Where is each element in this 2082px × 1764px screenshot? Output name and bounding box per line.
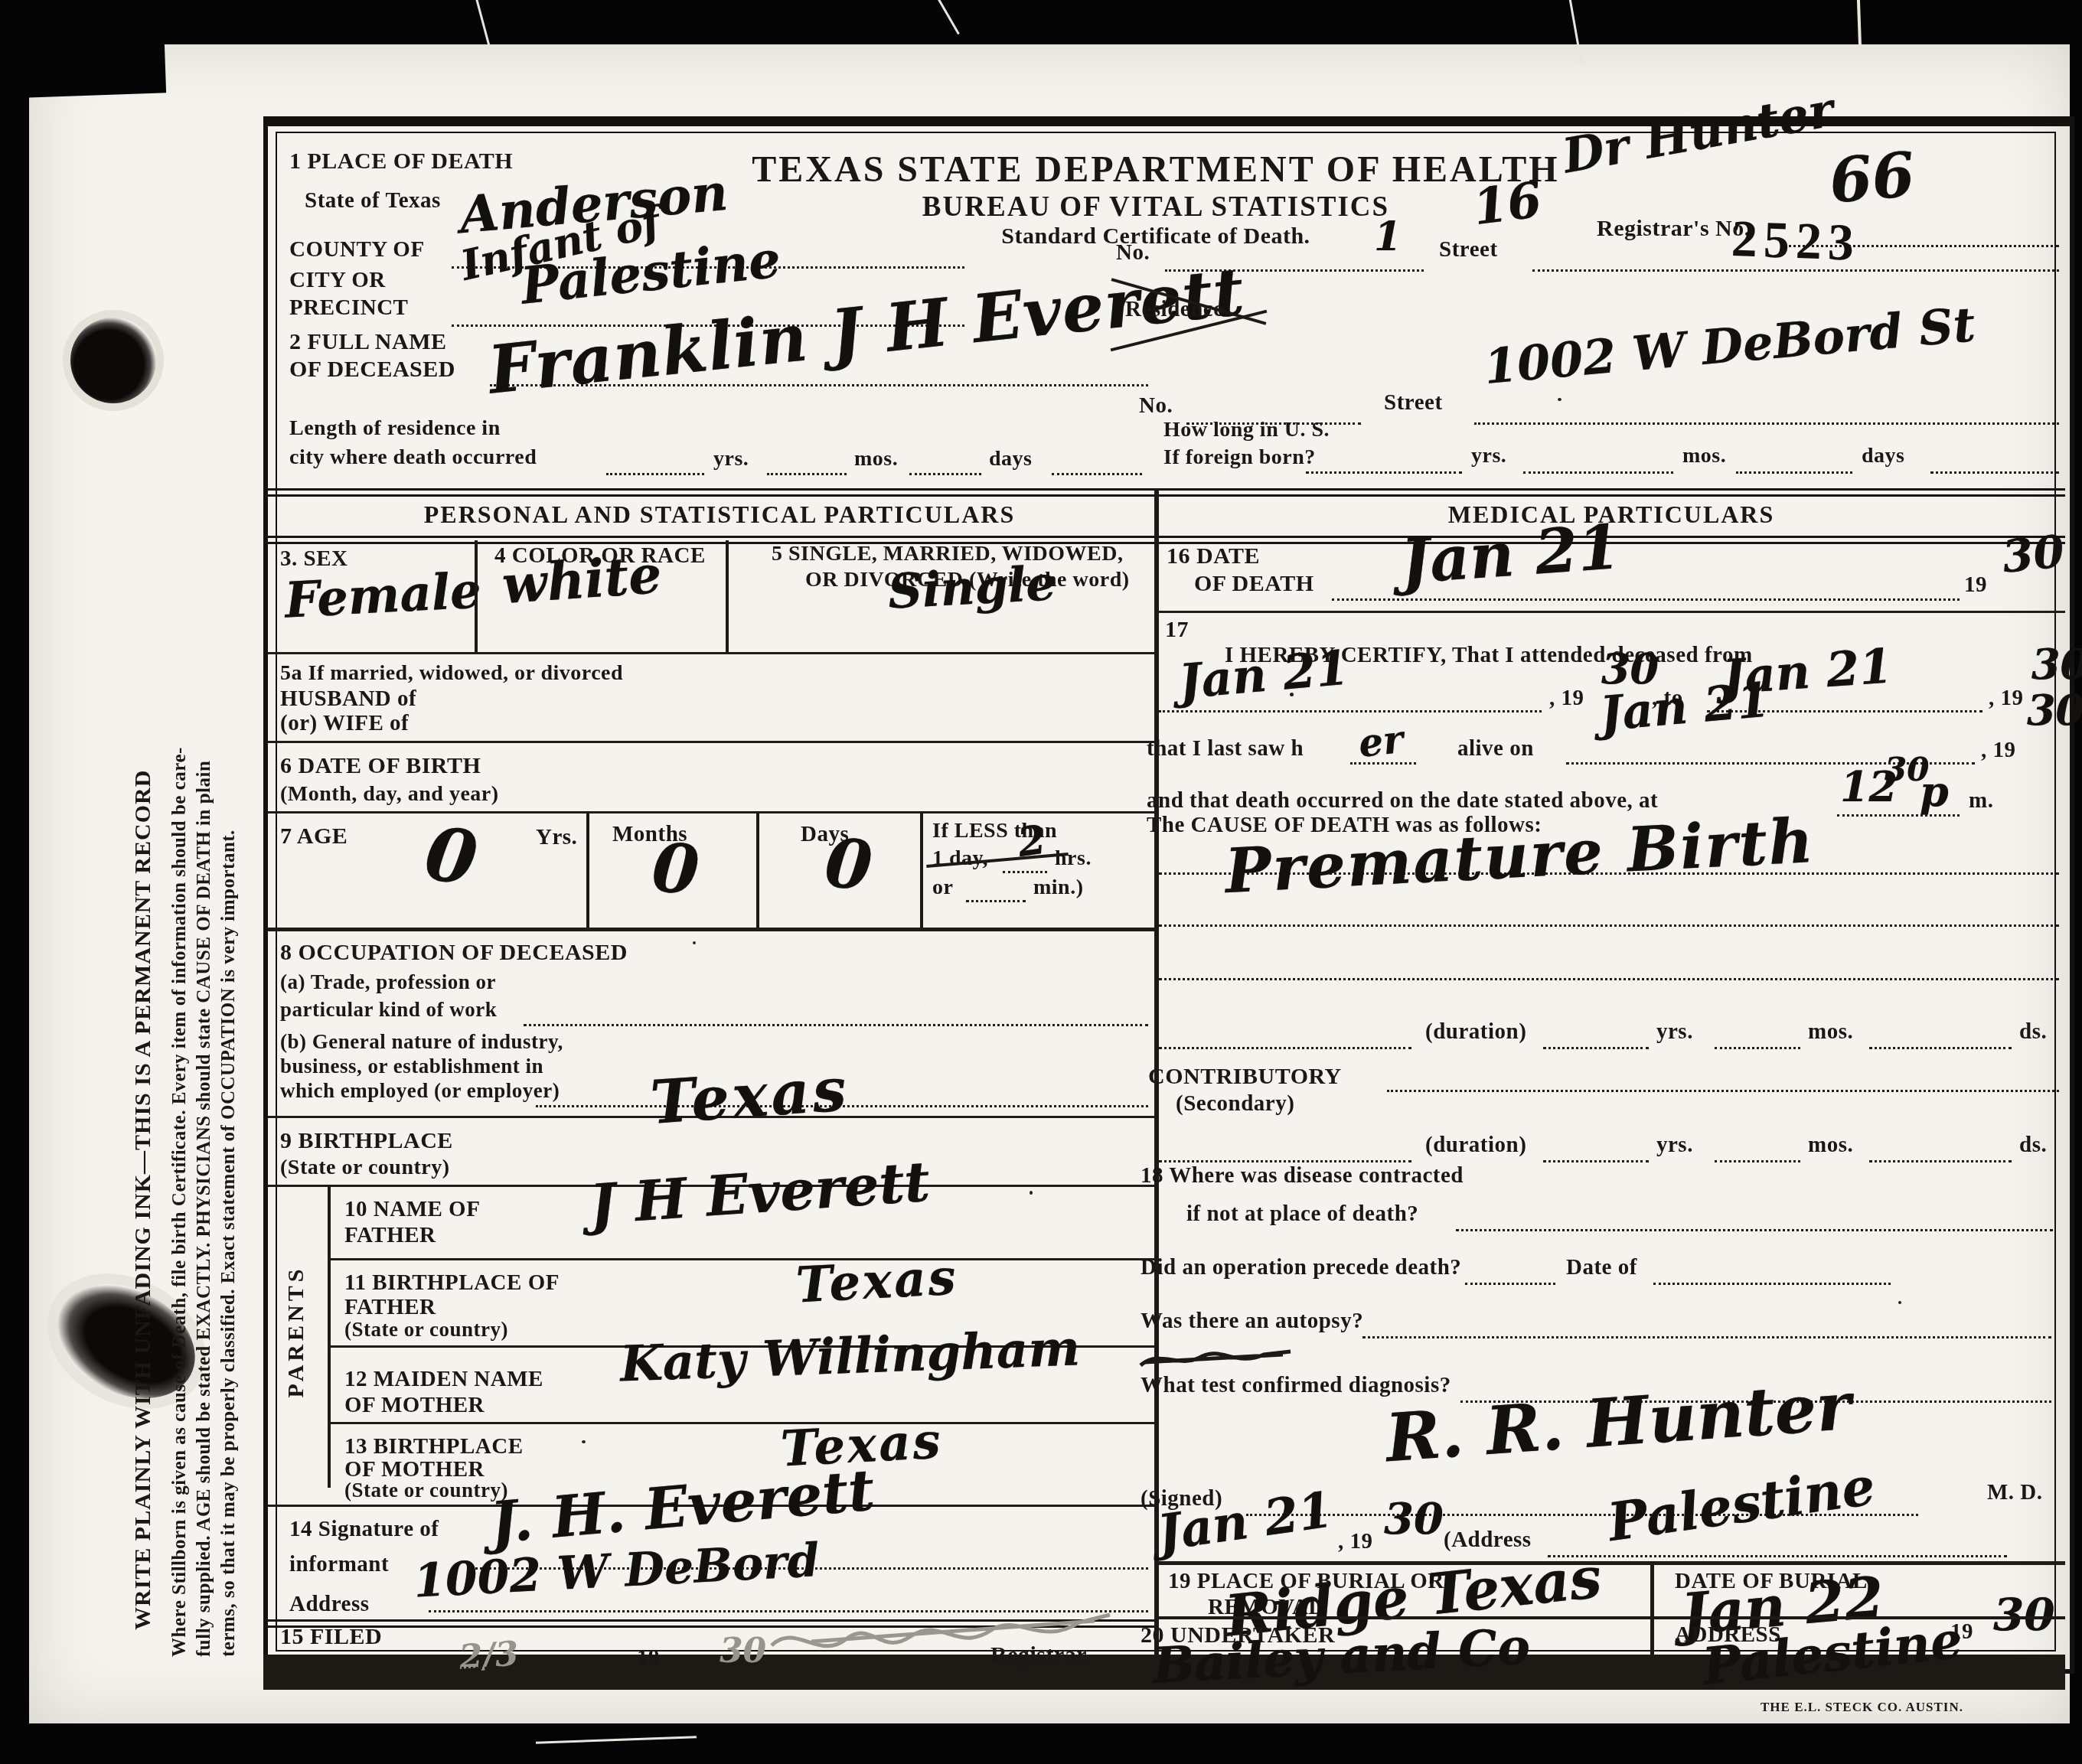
certify-to-year-value: 30: [2031, 647, 2082, 683]
us-mos-label: mos.: [1682, 445, 1726, 468]
undertaker-top-line-left: [1159, 1616, 1652, 1619]
father-name-label-1: 10 NAME OF: [344, 1198, 480, 1221]
saw-label-1: that I last saw h: [1147, 738, 1304, 761]
state-of-texas-label: State of Texas: [305, 190, 441, 213]
duration2-line: [1869, 1160, 2012, 1162]
duration-label: (duration): [1425, 1021, 1526, 1044]
duration-line: [1159, 1047, 1411, 1049]
saw-year-prefix: , 19: [1981, 739, 2016, 762]
md-label: M. D.: [1987, 1482, 2043, 1505]
autopsy-label: Was there an autopsy?: [1141, 1310, 1363, 1333]
stray-pen-mark: 1: [1374, 220, 1402, 254]
occupation-b2: business, or establishment in: [280, 1056, 543, 1078]
scan-band-top: [0, 0, 2082, 44]
cell-divider: [726, 540, 729, 652]
age-label: 7 AGE: [280, 825, 348, 849]
filed-line: [429, 1667, 620, 1669]
father-bp-label-3: (State or country): [344, 1319, 508, 1341]
duration2-ds: ds.: [2019, 1134, 2047, 1157]
scan-band-bottom: [0, 1723, 2082, 1764]
item5a-label-2: HUSBAND of: [280, 688, 416, 711]
informant-label-2: informant: [289, 1554, 389, 1577]
mother-bp-label-3: (State or country): [344, 1480, 508, 1502]
personal-title: PERSONAL AND STATISTICAL PARTICULARS: [283, 502, 1156, 527]
mother-maiden-label-2: OF MOTHER: [344, 1394, 485, 1417]
saw-label-2: alive on: [1457, 738, 1534, 761]
len-line: [606, 473, 704, 475]
dob-label-1: 6 DATE OF BIRTH: [280, 755, 481, 778]
length-res-label-2: city where death occurred: [289, 447, 537, 469]
bureau-title: BUREAU OF VITAL STATISTICS: [796, 193, 1516, 222]
row-line: [329, 1258, 1154, 1260]
city-label-1: CITY OR: [289, 269, 386, 292]
mother-bp-label-1: 13 BIRTHPLACE: [344, 1436, 524, 1459]
date-of-line: [1653, 1283, 1891, 1285]
occupation-b1: (b) General nature of industry,: [280, 1032, 563, 1053]
length-res-label-1: Length of residence in: [289, 418, 501, 440]
pen-scrawl-16: 16: [1471, 180, 1544, 230]
occupation-a1: (a) Trade, profession or: [280, 972, 496, 993]
birthplace-value: Texas: [649, 1065, 851, 1129]
city-label-2: PRECINCT: [289, 297, 408, 320]
dob-label-2: (Month, day, and year): [280, 784, 499, 806]
mother-maiden-label-1: 12 MAIDEN NAME: [344, 1368, 543, 1391]
marital-value: Single: [887, 563, 1057, 612]
row-line: [1159, 1561, 2065, 1565]
occupation-b3: which employed (or employer): [280, 1081, 560, 1102]
residence-street-label: Street: [1384, 392, 1443, 415]
certify-from-year-prefix: , 19: [1549, 687, 1584, 710]
duration-line: [1869, 1047, 2012, 1049]
dod-year-prefix: 19: [1964, 574, 1987, 597]
row-line: [268, 652, 1154, 654]
sex-value: Female: [284, 570, 482, 622]
certify-from-value: Jan 21: [1177, 647, 1350, 703]
residence-street-line: [1474, 422, 2059, 425]
dod-label-1: 16 DATE: [1167, 545, 1260, 569]
item5a-label-3: (or) WIFE of: [280, 712, 409, 735]
age-days-value: 0: [823, 833, 875, 895]
duration-ds: ds.: [2019, 1021, 2047, 1044]
standard-title: Standard Certificate of Death.: [796, 225, 1516, 249]
us-label-1: How long in U. S.: [1163, 419, 1330, 442]
duration-mos: mos.: [1808, 1021, 1853, 1044]
race-value: white: [501, 553, 663, 608]
full-name-label-1: 2 FULL NAME: [289, 331, 447, 354]
row-line: [268, 928, 1154, 931]
q18-label-1: 18 Where was disease contracted: [1141, 1165, 1464, 1188]
dod-value: Jan 21: [1399, 520, 1622, 588]
us-line: [1736, 471, 1852, 474]
len-mos-label: mos.: [854, 448, 898, 471]
margin-instruction-line2: Where Stillborn is given as cause of Dea…: [170, 210, 190, 1657]
duration-yrs: yrs.: [1656, 1021, 1693, 1044]
occurred-label: and that death occurred on the date stat…: [1147, 790, 1658, 813]
father-bp-label-2: FATHER: [344, 1296, 436, 1319]
duration2-line: [1715, 1160, 1800, 1162]
len-line: [767, 473, 847, 475]
len-line: [1052, 473, 1142, 475]
us-line: [1523, 471, 1673, 474]
pod-no-label: No.: [1116, 242, 1150, 265]
q18-label-2: if not at place of death?: [1186, 1203, 1418, 1226]
row-line: [329, 1422, 1154, 1424]
duration2-line: [1159, 1160, 1411, 1162]
dept-title: TEXAS STATE DEPARTMENT OF HEALTH: [720, 152, 1592, 189]
cell-divider: [475, 540, 478, 652]
duration2-mos: mos.: [1808, 1134, 1853, 1157]
contributory-label-2: (Secondary): [1176, 1093, 1294, 1116]
birthplace-label-2: (State or country): [280, 1157, 450, 1179]
us-line: [1930, 471, 2059, 474]
full-name-label-2: OF DECEASED: [289, 358, 455, 382]
age-hrs-label: hrs.: [1055, 848, 1092, 870]
duration-line: [1715, 1047, 1800, 1049]
cause-line-2: [1159, 924, 2059, 927]
us-days-label: days: [1862, 445, 1904, 468]
age-min-label: min.): [1033, 877, 1084, 899]
county-label: COUNTY OF: [289, 239, 425, 262]
birthplace-label-1: 9 BIRTHPLACE: [280, 1130, 453, 1153]
row-line: [268, 811, 1154, 814]
operation-label: Did an operation precede death?: [1141, 1257, 1461, 1280]
saw-value: Jan 21: [1598, 680, 1771, 735]
dod-label-2: OF DEATH: [1194, 572, 1314, 596]
certify-to-year-prefix: , 19: [1989, 687, 2024, 710]
certify-number: 17: [1165, 618, 1189, 642]
signed-address-label: (Address: [1444, 1529, 1532, 1552]
age-less-label-3: or: [932, 877, 953, 899]
certificate-stamp-number: 2523: [1731, 212, 1861, 269]
len-line: [909, 473, 981, 475]
residence-label: Residence: [1125, 298, 1224, 321]
section-rule: [263, 488, 2065, 497]
occupation-a2: particular kind of work: [280, 999, 497, 1021]
pod-street-line: [1532, 269, 2059, 272]
filed-date-value: 2/3: [458, 1634, 520, 1677]
q18-line: [1456, 1229, 2053, 1231]
margin-instruction-bold: WRITE PLAINLY WITH UNFADING INK—THIS IS …: [132, 253, 155, 1630]
us-label-2: If foreign born?: [1163, 447, 1316, 469]
burial-year-value: 30: [1993, 1596, 2055, 1634]
mother-maiden-value: Katy Willingham: [619, 1329, 1081, 1386]
informant-label-1: 14 Signature of: [289, 1518, 439, 1541]
signed-year-prefix: , 19: [1338, 1531, 1373, 1554]
autopsy-line: [1362, 1336, 2051, 1338]
row-line: [1159, 611, 2065, 613]
scan-band-left: [0, 0, 29, 1764]
len-yrs-label: yrs.: [713, 448, 749, 471]
contributory-label-1: CONTRIBUTORY: [1148, 1065, 1342, 1089]
age-yrs-label: Yrs.: [536, 827, 577, 849]
scanned-death-certificate: WRITE PLAINLY WITH UNFADING INK—THIS IS …: [0, 0, 2082, 1764]
duration2-line: [1543, 1160, 1649, 1162]
saw-her-value: er: [1357, 723, 1405, 760]
dod-year-value: 30: [2001, 533, 2066, 576]
sex-label: 3. SEX: [280, 548, 348, 571]
pod-street-label: Street: [1439, 239, 1498, 262]
test-label: What test confirmed diagnosis?: [1141, 1374, 1451, 1397]
occurred-line: [1837, 814, 1960, 817]
parents-side-label: PARENTS: [285, 1194, 308, 1469]
margin-instruction-line4: terms, so that it may be properly classi…: [219, 210, 239, 1657]
hrs-line: [1003, 871, 1047, 873]
father-bp-label-1: 11 BIRTHPLACE OF: [344, 1272, 560, 1295]
informant-address-label: Address: [289, 1593, 370, 1616]
father-name-label-2: FATHER: [344, 1224, 436, 1247]
filed-label: 15 FILED: [280, 1625, 382, 1649]
age-yrs-value: 0: [422, 822, 481, 891]
row-line: [268, 741, 1154, 743]
certify-from-line: [1159, 710, 1542, 712]
us-line: [1306, 471, 1462, 474]
cause-line-3: [1159, 978, 2059, 980]
pen-scribble: [1137, 1344, 1298, 1374]
signed-year-value: 30: [1384, 1502, 1444, 1538]
dod-line: [1332, 598, 1960, 601]
duration2-label: (duration): [1425, 1134, 1526, 1157]
age-hrs-value: 2: [1016, 823, 1048, 861]
printer-credit: THE E.L. STECK CO. AUSTIN.: [1761, 1700, 1963, 1713]
item5a-label-1: 5a If married, widowed, or divorced: [280, 663, 623, 685]
saw-year-value: 30: [2027, 693, 2082, 729]
cell-divider: [586, 811, 589, 928]
filed-year-value: 30: [720, 1632, 766, 1671]
date-of-label: Date of: [1566, 1257, 1637, 1280]
place-of-death-label: 1 PLACE OF DEATH: [289, 150, 513, 174]
min-line: [966, 900, 1026, 902]
residence-no-label: No.: [1139, 395, 1173, 418]
registrar-signature-scrawl: [765, 1599, 1118, 1668]
contributory-line: [1387, 1090, 2059, 1092]
filed-year-prefix: 19: [637, 1647, 660, 1670]
registrar-no-label: Registrar's No.: [1597, 217, 1751, 241]
registrar-no-value: 66: [1827, 148, 1917, 207]
cell-divider: [756, 811, 759, 928]
father-bp-value: Texas: [795, 1257, 959, 1306]
occupation-title: 8 OCCUPATION OF DECEASED: [280, 941, 628, 965]
age-months-value: 0: [650, 839, 700, 899]
margin-instruction-line3: fully supplied. AGE should be stated EXA…: [194, 210, 214, 1657]
signed-address-line: [1548, 1555, 2007, 1557]
occupation-a-line: [524, 1024, 1148, 1026]
operation-line: [1465, 1283, 1555, 1285]
duration-line: [1543, 1047, 1649, 1049]
occurred-m-label: m.: [1969, 790, 1993, 813]
parents-divider: [328, 1185, 331, 1488]
len-days-label: days: [989, 448, 1032, 471]
us-yrs-label: yrs.: [1471, 445, 1506, 468]
cell-divider: [920, 811, 923, 928]
undertaker-top-line-right: [1653, 1616, 2065, 1619]
duration2-yrs: yrs.: [1656, 1134, 1693, 1157]
occurred-time-3: p: [1920, 774, 1949, 810]
